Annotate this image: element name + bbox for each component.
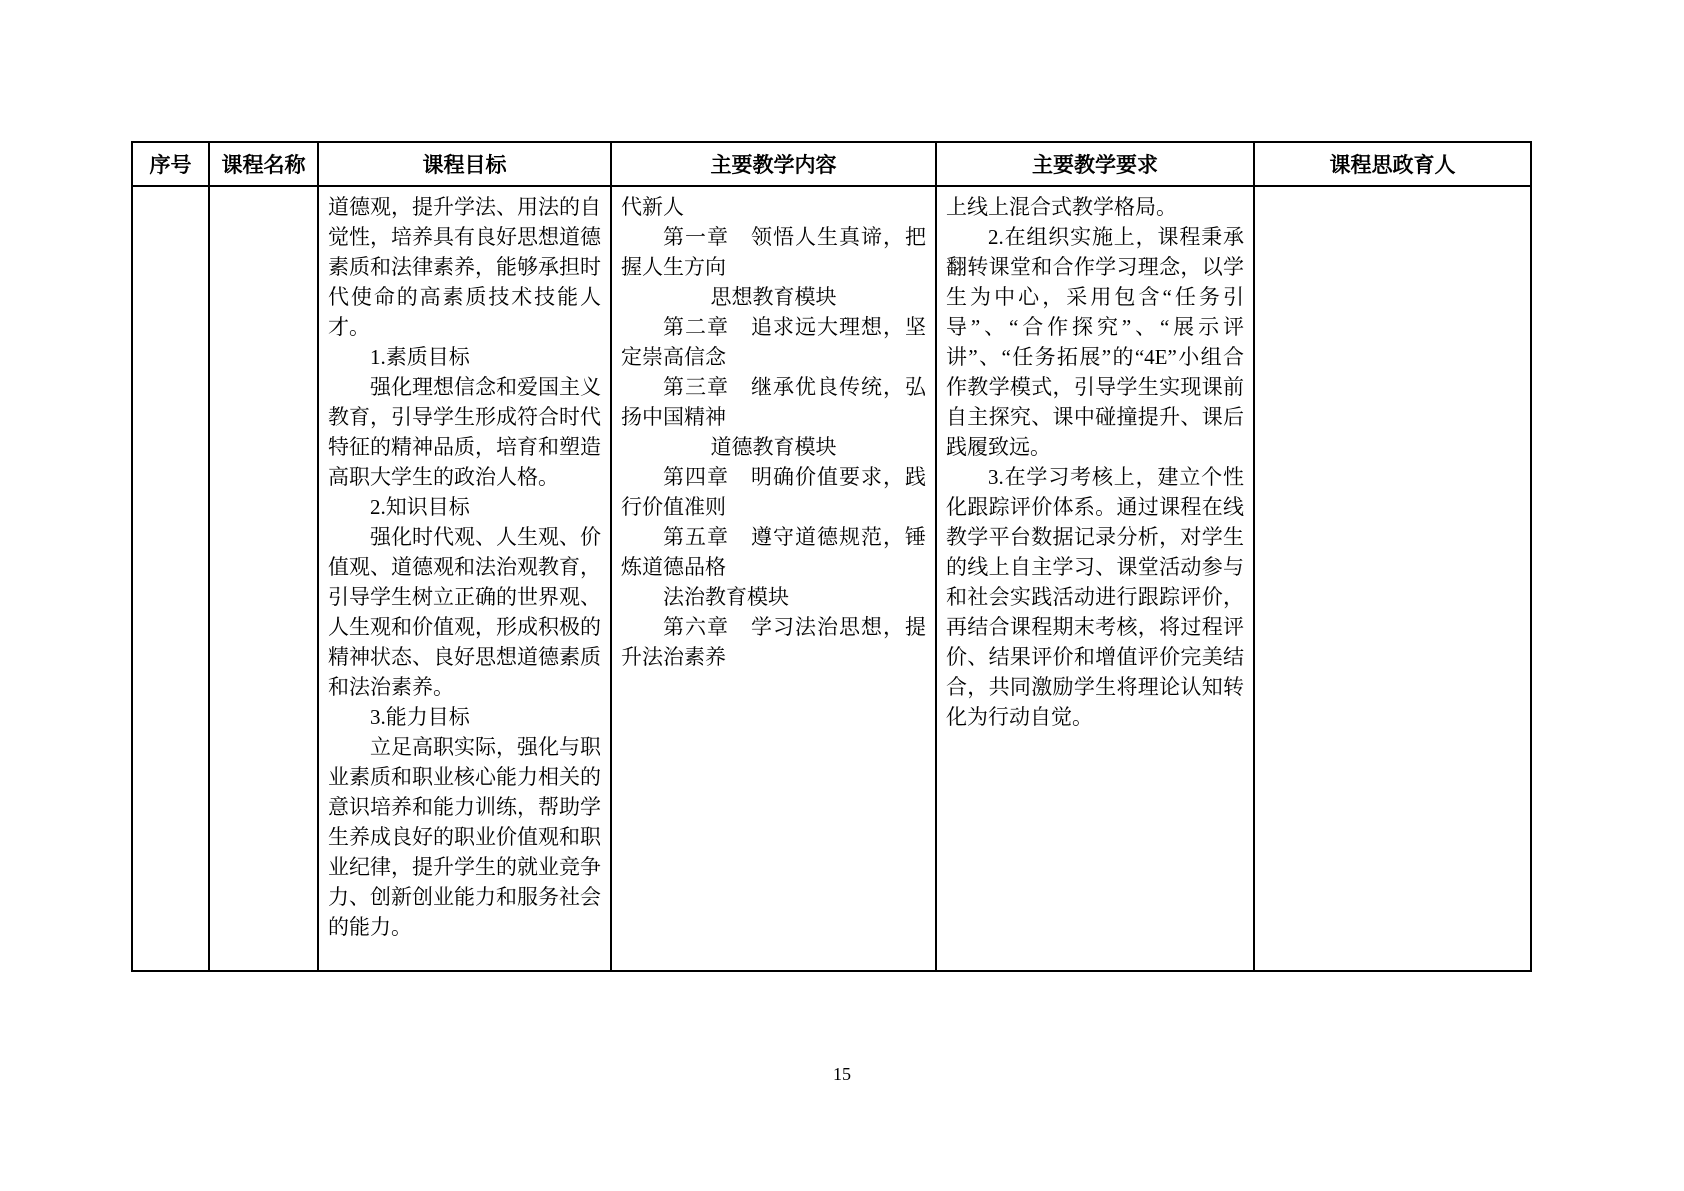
paragraph: 思想教育模块 [621, 282, 926, 312]
course-table: 序号 课程名称 课程目标 主要教学内容 主要教学要求 课程思政育人 道德观，提升… [131, 141, 1532, 972]
cell-course-name [209, 186, 318, 971]
paragraph: 第三章 继承优良传统，弘扬中国精神 [621, 372, 926, 432]
header-course-objectives: 课程目标 [318, 142, 611, 186]
cell-ideological-education [1254, 186, 1531, 971]
cell-teaching-content: 代新人第一章 领悟人生真谛，把握人生方向思想教育模块第二章 追求远大理想，坚定崇… [611, 186, 936, 971]
paragraph: 强化理想信念和爱国主义教育，引导学生形成符合时代特征的精神品质，培育和塑造高职大… [328, 372, 601, 492]
paragraph: 道德观，提升学法、用法的自觉性，培养具有良好思想道德素质和法律素养，能够承担时代… [328, 192, 601, 342]
cell-course-objectives: 道德观，提升学法、用法的自觉性，培养具有良好思想道德素质和法律素养，能够承担时代… [318, 186, 611, 971]
paragraph: 2.知识目标 [328, 492, 601, 522]
header-teaching-content: 主要教学内容 [611, 142, 936, 186]
paragraph: 第一章 领悟人生真谛，把握人生方向 [621, 222, 926, 282]
paragraph: 第四章 明确价值要求，践行价值准则 [621, 462, 926, 522]
paragraph: 第五章 遵守道德规范，锤炼道德品格 [621, 522, 926, 582]
paragraph: 上线上混合式教学格局。 [946, 192, 1244, 222]
paragraph: 代新人 [621, 192, 926, 222]
header-serial-number: 序号 [132, 142, 209, 186]
page-number: 15 [0, 1062, 1684, 1086]
header-ideological-education: 课程思政育人 [1254, 142, 1531, 186]
paragraph: 立足高职实际，强化与职业素质和职业核心能力相关的意识培养和能力训练，帮助学生养成… [328, 732, 601, 942]
paragraph: 3.在学习考核上，建立个性化跟踪评价体系。通过课程在线教学平台数据记录分析，对学… [946, 462, 1244, 732]
paragraph: 第六章 学习法治思想，提升法治素养 [621, 612, 926, 672]
paragraph: 强化时代观、人生观、价值观、道德观和法治观教育，引导学生树立正确的世界观、人生观… [328, 522, 601, 702]
paragraph: 2.在组织实施上，课程秉承翻转课堂和合作学习理念，以学生为中心，采用包含“任务引… [946, 222, 1244, 462]
table-body-row: 道德观，提升学法、用法的自觉性，培养具有良好思想道德素质和法律素养，能够承担时代… [132, 186, 1531, 971]
header-teaching-requirements: 主要教学要求 [936, 142, 1254, 186]
paragraph: 法治教育模块 [621, 582, 926, 612]
paragraph: 3.能力目标 [328, 702, 601, 732]
cell-teaching-requirements: 上线上混合式教学格局。2.在组织实施上，课程秉承翻转课堂和合作学习理念，以学生为… [936, 186, 1254, 971]
document-page: 序号 课程名称 课程目标 主要教学内容 主要教学要求 课程思政育人 道德观，提升… [0, 0, 1684, 1191]
paragraph: 1.素质目标 [328, 342, 601, 372]
header-course-name: 课程名称 [209, 142, 318, 186]
paragraph: 第二章 追求远大理想，坚定崇高信念 [621, 312, 926, 372]
cell-serial-number [132, 186, 209, 971]
paragraph: 道德教育模块 [621, 432, 926, 462]
table-header-row: 序号 课程名称 课程目标 主要教学内容 主要教学要求 课程思政育人 [132, 142, 1531, 186]
